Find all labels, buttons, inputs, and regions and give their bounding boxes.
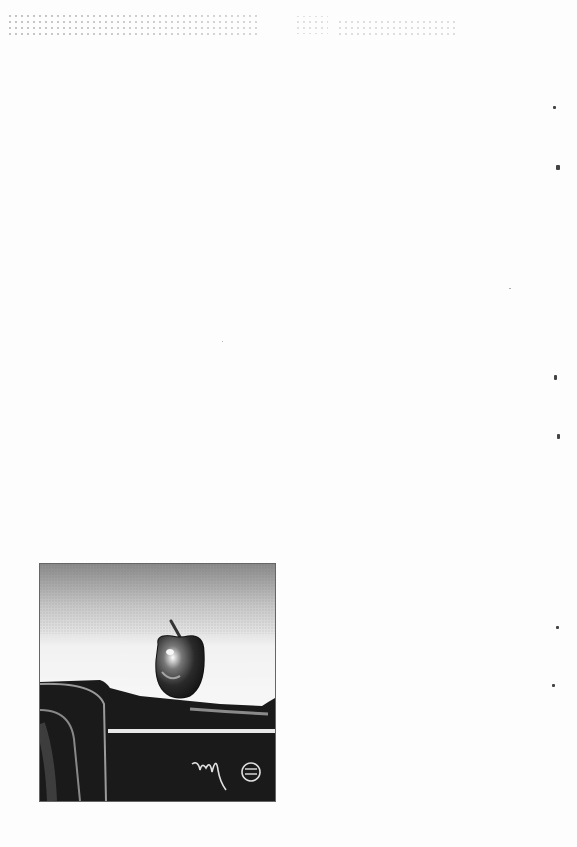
- scan-speck: [556, 165, 560, 170]
- scan-speck: [553, 106, 556, 109]
- halftone-header-strip: [8, 8, 468, 40]
- scan-speck: [509, 288, 511, 289]
- scan-speck: [556, 626, 559, 629]
- halftone-pattern: [8, 8, 468, 40]
- scan-speck: [557, 434, 560, 439]
- scan-speck: [552, 684, 555, 687]
- photo-illustration: [40, 564, 275, 801]
- scan-speck: [554, 375, 557, 380]
- apple-on-car-photo: [39, 563, 276, 802]
- scan-speck: [222, 341, 223, 342]
